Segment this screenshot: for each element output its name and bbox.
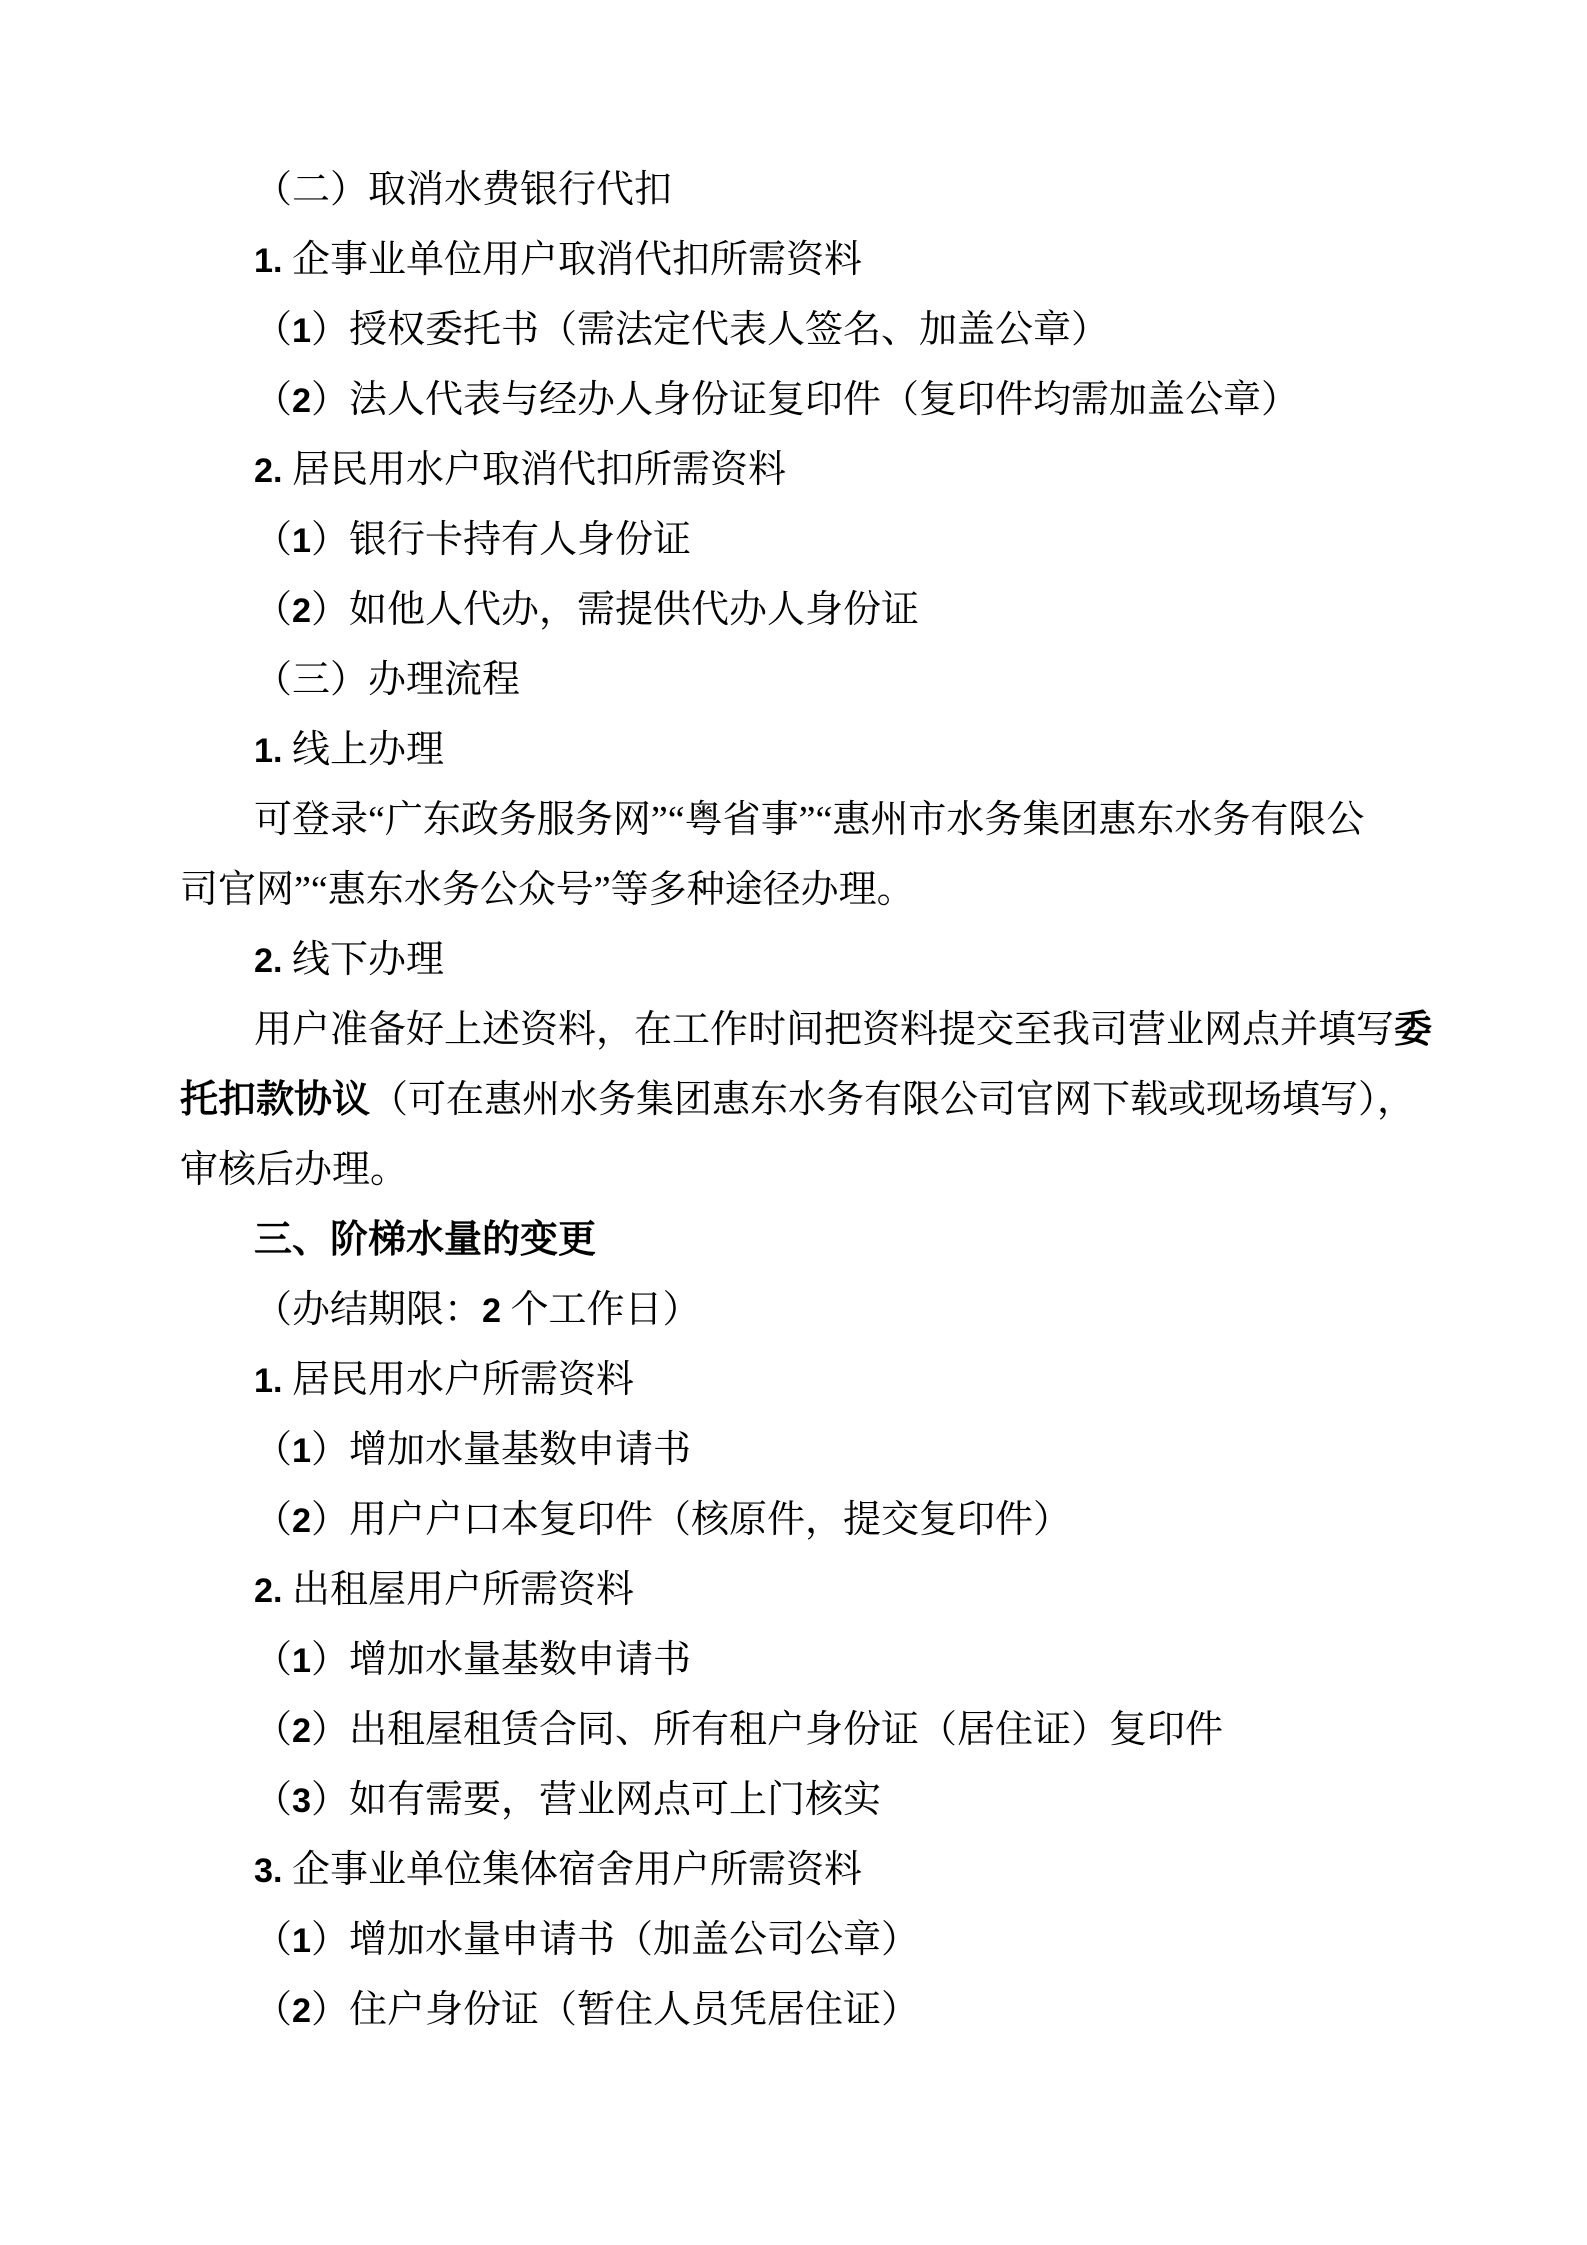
text-line: （办结期限：2 个工作日） [180, 1275, 1417, 1345]
text-run: 审核后办理。 [180, 1149, 408, 1191]
text-line: 2. 出租屋用户所需资料 [180, 1555, 1417, 1625]
digit-run: 1 [292, 1642, 311, 1680]
text-run: （1）增加水量基数申请书 [254, 1429, 691, 1471]
text-line: （2）用户户口本复印件（核原件，提交复印件） [180, 1485, 1417, 1555]
text-run: （二）取消水费银行代扣 [254, 169, 672, 211]
text-run: （2）如他人代办，需提供代办人身份证 [254, 589, 919, 631]
text-line: （1）增加水量基数申请书 [180, 1625, 1417, 1695]
digit-run: 2 [292, 1502, 311, 1540]
text-line: （1）授权委托书（需法定代表人签名、加盖公章） [180, 295, 1417, 365]
text-line: 1. 线上办理 [180, 715, 1417, 785]
text-run: （1）银行卡持有人身份证 [254, 519, 691, 561]
text-run: 2. 线下办理 [254, 939, 444, 981]
text-run: （3）如有需要，营业网点可上门核实 [254, 1779, 881, 1821]
digit-run: 1 [292, 522, 311, 560]
digit-run: 3. [254, 1852, 283, 1890]
text-run: 2. 居民用水户取消代扣所需资料 [254, 449, 786, 491]
text-line: 1. 企事业单位用户取消代扣所需资料 [180, 225, 1417, 295]
text-run: （2）出租屋租赁合同、所有租户身份证（居住证）复印件 [254, 1709, 1223, 1751]
text-line: 用户准备好上述资料，在工作时间把资料提交至我司营业网点并填写委 [180, 995, 1417, 1065]
text-line: （2）住户身份证（暂住人员凭居住证） [180, 1975, 1417, 2045]
text-run: 2. 出租屋用户所需资料 [254, 1569, 634, 1611]
digit-run: 1 [292, 1432, 311, 1470]
text-line: （2）如他人代办，需提供代办人身份证 [180, 575, 1417, 645]
text-line: （2）法人代表与经办人身份证复印件（复印件均需加盖公章） [180, 365, 1417, 435]
text-line: 可登录“广东政务服务网”“粤省事”“惠州市水务集团惠东水务有限公 [180, 785, 1417, 855]
text-run: 可登录“广东政务服务网”“粤省事”“惠州市水务集团惠东水务有限公 [254, 799, 1364, 841]
text-run: 1. 企事业单位用户取消代扣所需资料 [254, 239, 862, 281]
digit-run: 2. [254, 942, 283, 980]
digit-run: 1. [254, 1362, 283, 1400]
text-run: （2）法人代表与经办人身份证复印件（复印件均需加盖公章） [254, 379, 1299, 421]
text-line: 托扣款协议（可在惠州水务集团惠东水务有限公司官网下载或现场填写）， [180, 1065, 1417, 1135]
text-line: （三）办理流程 [180, 645, 1417, 715]
digit-run: 1 [292, 312, 311, 350]
text-run: 用户准备好上述资料，在工作时间把资料提交至我司营业网点并填写 [254, 1009, 1394, 1051]
document-page: （二）取消水费银行代扣1. 企事业单位用户取消代扣所需资料（1）授权委托书（需法… [0, 0, 1587, 2245]
text-line: 3. 企事业单位集体宿舍用户所需资料 [180, 1835, 1417, 1905]
bold-text-run: 三、阶梯水量的变更 [254, 1219, 596, 1261]
digit-run: 2 [292, 592, 311, 630]
digit-run: 1. [254, 732, 283, 770]
text-run: 1. 线上办理 [254, 729, 444, 771]
text-run: 1. 居民用水户所需资料 [254, 1359, 634, 1401]
text-line: （1）增加水量基数申请书 [180, 1415, 1417, 1485]
digit-run: 2 [292, 1992, 311, 2030]
text-run: （1）授权委托书（需法定代表人签名、加盖公章） [254, 309, 1109, 351]
text-line: （二）取消水费银行代扣 [180, 155, 1417, 225]
bold-text-run: 委 [1394, 1009, 1432, 1051]
digit-run: 1. [254, 242, 283, 280]
bold-text-run: 托扣款协议 [180, 1079, 370, 1121]
digit-run: 2 [292, 382, 311, 420]
digit-run: 2 [482, 1292, 501, 1330]
document-body: （二）取消水费银行代扣1. 企事业单位用户取消代扣所需资料（1）授权委托书（需法… [180, 155, 1417, 2045]
text-line: （1）增加水量申请书（加盖公司公章） [180, 1905, 1417, 1975]
text-line: 审核后办理。 [180, 1135, 1417, 1205]
text-line: （3）如有需要，营业网点可上门核实 [180, 1765, 1417, 1835]
text-line: 2. 居民用水户取消代扣所需资料 [180, 435, 1417, 505]
text-run: 3. 企事业单位集体宿舍用户所需资料 [254, 1849, 862, 1891]
text-run: （可在惠州水务集团惠东水务有限公司官网下载或现场填写）， [370, 1079, 1415, 1121]
text-run: （2）用户户口本复印件（核原件，提交复印件） [254, 1499, 1071, 1541]
text-line: 1. 居民用水户所需资料 [180, 1345, 1417, 1415]
text-run: 司官网”“惠东水务公众号”等多种途径办理。 [180, 869, 915, 911]
text-run: （办结期限：2 个工作日） [254, 1289, 701, 1331]
text-run: （1）增加水量申请书（加盖公司公章） [254, 1919, 919, 1961]
digit-run: 3 [292, 1782, 311, 1820]
digit-run: 2 [292, 1712, 311, 1750]
text-run: （2）住户身份证（暂住人员凭居住证） [254, 1989, 919, 2031]
text-line: （2）出租屋租赁合同、所有租户身份证（居住证）复印件 [180, 1695, 1417, 1765]
text-run: （1）增加水量基数申请书 [254, 1639, 691, 1681]
digit-run: 2. [254, 1572, 283, 1610]
text-line: 三、阶梯水量的变更 [180, 1205, 1417, 1275]
digit-run: 2. [254, 452, 283, 490]
text-line: （1）银行卡持有人身份证 [180, 505, 1417, 575]
text-line: 2. 线下办理 [180, 925, 1417, 995]
text-line: 司官网”“惠东水务公众号”等多种途径办理。 [180, 855, 1417, 925]
text-run: （三）办理流程 [254, 659, 520, 701]
digit-run: 1 [292, 1922, 311, 1960]
